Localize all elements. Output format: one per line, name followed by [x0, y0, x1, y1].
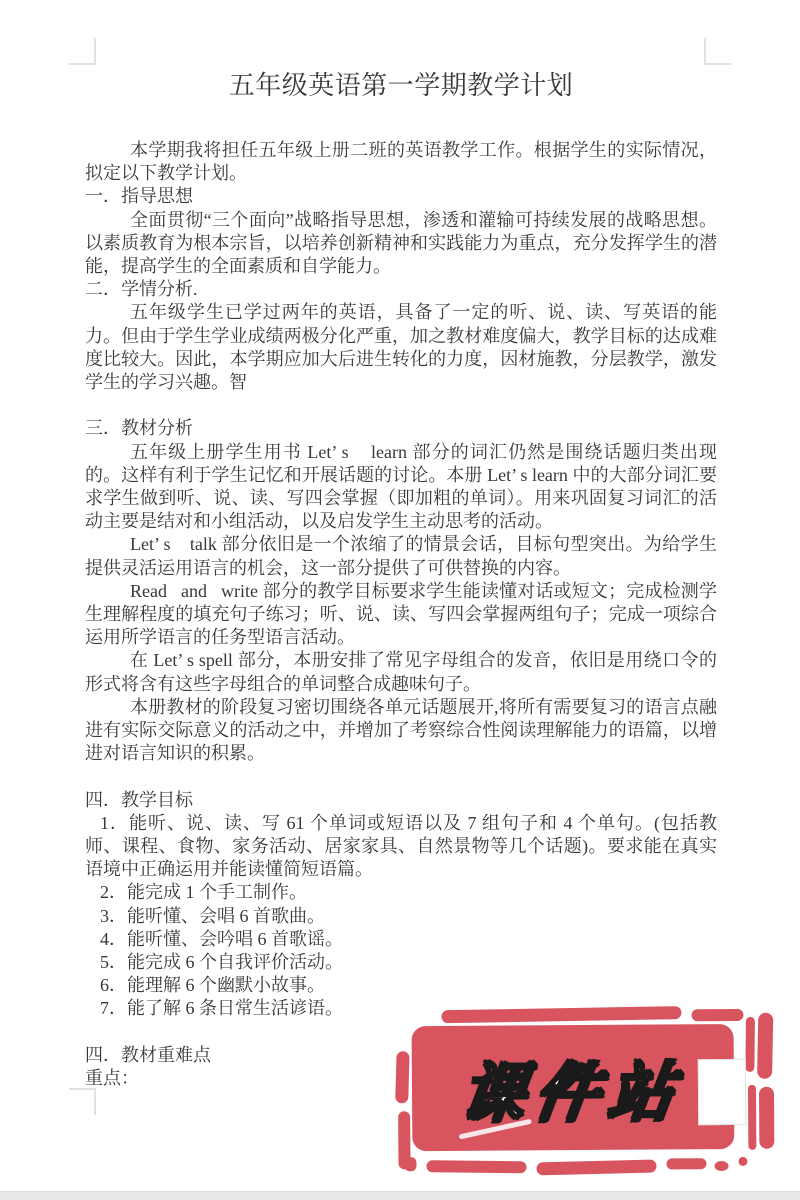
- paragraph-review: 本册教材的阶段复习密切围绕各单元话题展开,将所有需要复习的语言点融进有实际交际意…: [85, 696, 717, 766]
- stamp-ink-dot: [738, 1157, 747, 1166]
- stamp-ink-dot: [404, 1157, 416, 1171]
- kejianzhan-watermark-stamp: 课件站: [395, 1007, 776, 1180]
- goal-item-1: 1．能听、说、读、写 61 个单词或短语以及 7 组句子和 4 个单句。(包括教…: [85, 812, 717, 882]
- stamp-frame-top-segment: [441, 1006, 681, 1023]
- stamp-frame-bottom-segment: [426, 1160, 526, 1173]
- goal-item-4: 4．能听懂、会吟唱 6 首歌谣。: [85, 928, 717, 951]
- stamp-frame-right-segment: [745, 1017, 755, 1072]
- section-heading-4: 四．教学目标: [85, 789, 717, 812]
- blank-line: [85, 765, 717, 788]
- goal-item-6: 6．能理解 6 个幽默小故事。: [85, 974, 717, 997]
- stamp-frame-bottom-segment: [666, 1158, 706, 1169]
- stamp-frame-top-segment: [691, 1009, 743, 1021]
- document-title: 五年级英语第一学期教学计划: [85, 68, 717, 104]
- section-heading-2: 二．学情分析.: [85, 278, 717, 301]
- goal-item-5: 5．能完成 6 个自我评价活动。: [85, 951, 717, 974]
- document-page: 五年级英语第一学期教学计划 本学期我将担任五年级上册二班的英语教学工作。根据学生…: [0, 0, 800, 1191]
- goal-item-3: 3．能听懂、会唱 6 首歌曲。: [85, 905, 717, 928]
- stamp-frame-bottom-segment: [536, 1159, 656, 1175]
- stamp-frame-right-segment: [759, 1087, 774, 1149]
- blank-line: [85, 394, 717, 417]
- paragraph-lets-spell: 在 Let’ s spell 部分，本册安排了常见字母组合的发音，依旧是用绕口令…: [85, 649, 717, 695]
- stamp-frame-right-segment: [757, 1013, 773, 1079]
- paragraph-intro: 本学期我将担任五年级上册二班的英语教学工作。根据学生的实际情况，拟定以下教学计划…: [85, 139, 717, 185]
- goal-item-2: 2．能完成 1 个手工制作。: [85, 881, 717, 904]
- stamp-frame-right-segment: [748, 1085, 756, 1150]
- section-heading-3: 三．教材分析: [85, 417, 717, 440]
- page-content: 五年级英语第一学期教学计划 本学期我将担任五年级上册二班的英语教学工作。根据学生…: [85, 0, 717, 1090]
- paragraph-lets-learn: 五年级上册学生用书 Let’ s learn 部分的词汇仍然是围绕话题归类出现的…: [85, 441, 717, 534]
- paragraph-guiding: 全面贯彻“三个面向”战略指导思想，渗透和灌输可持续发展的战略思想。以素质教育为根…: [85, 209, 717, 279]
- canvas-background-strip: [0, 1191, 800, 1200]
- paragraph-analysis: 五年级学生已学过两年的英语，具备了一定的听、说、读、写英语的能力。但由于学生学业…: [85, 301, 717, 394]
- stamp-frame-left-segment: [395, 1051, 409, 1103]
- paragraph-lets-talk: Let’ s talk 部分依旧是一个浓缩了的情景会话，目标句型突出。为给学生提…: [85, 533, 717, 579]
- paragraph-read-write: Read and write 部分的教学目标要求学生能读懂对话或短文；完成检测学…: [85, 580, 717, 650]
- margin-cropmark-bottom-left: [69, 1088, 96, 1115]
- stamp-label: 课件站: [404, 1024, 743, 1151]
- stamp-ink-dot: [714, 1161, 728, 1171]
- section-heading-1: 一．指导思想: [85, 185, 717, 208]
